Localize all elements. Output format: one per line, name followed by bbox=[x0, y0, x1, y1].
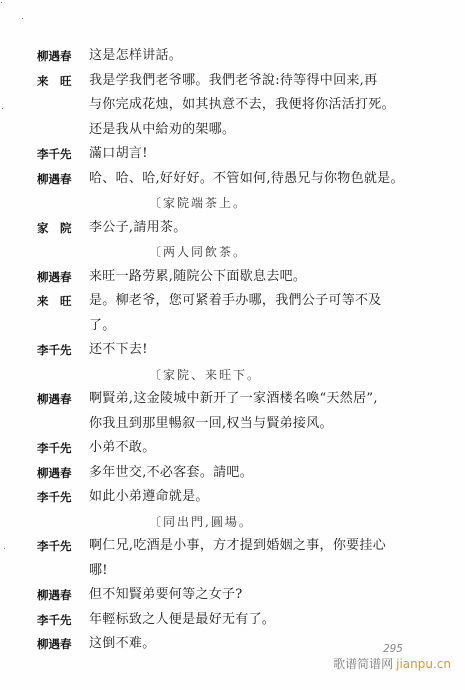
dialogue-line: 柳遇春 哈、哈、哈,好好好。不管如何,待愚兄与你物色就是。 bbox=[37, 167, 447, 192]
stage-direction: 〔家院、来旺下。 bbox=[37, 363, 447, 388]
speaker-name: 柳遇春 bbox=[37, 167, 89, 192]
speech-text: 如此小弟遵命就是。 bbox=[89, 485, 447, 510]
dialogue-line: 来 旺 我是学我們老爷哪。我們老爷說:待等得中回来,再 bbox=[37, 69, 447, 94]
speaker-name: 柳遇春 bbox=[37, 265, 89, 290]
speaker-name: 柳遇春 bbox=[37, 387, 89, 412]
speech-text: 小弟不敢。 bbox=[89, 436, 447, 461]
speaker-name: 李千先 bbox=[37, 338, 89, 363]
dialogue-line: 李千先 年輕标致之人便是最好无有了。 bbox=[37, 608, 447, 633]
continuation-line: 哪! bbox=[37, 559, 447, 584]
scanned-page: 柳遇春 这是怎样讲話。 来 旺 我是学我們老爷哪。我們老爷說:待等得中回来,再 … bbox=[0, 0, 465, 690]
dialogue-line: 家 院 李公子,請用茶。 bbox=[37, 216, 447, 241]
speaker-name: 李千先 bbox=[37, 436, 89, 461]
speaker-name: 柳遇春 bbox=[37, 632, 89, 657]
dialogue-line: 柳遇春 啊賢弟,这金陵城中新开了一家酒楼名喚“天然居”, bbox=[37, 387, 447, 412]
scan-speck bbox=[2, 108, 3, 109]
speech-text: 是。柳老爷，您可紧着手办哪，我們公子可等不及 bbox=[89, 289, 447, 314]
speaker-name: 家 院 bbox=[37, 216, 89, 241]
speech-text: 了。 bbox=[89, 314, 447, 339]
dialogue-line: 李千先 滿口胡言! bbox=[37, 142, 447, 167]
continuation-line: 还是我从中給劝的架哪。 bbox=[37, 118, 447, 143]
speech-text: 这是怎样讲話。 bbox=[89, 44, 447, 69]
speaker-name: 李千先 bbox=[37, 142, 89, 167]
watermark: 歌谱简谱网jianpu.cn bbox=[271, 653, 451, 672]
speech-text: 哈、哈、哈,好好好。不管如何,待愚兄与你物色就是。 bbox=[89, 167, 447, 192]
speech-text: 与你完成花烛，如其执意不去，我便将你活活打死。 bbox=[89, 93, 447, 118]
scan-speck bbox=[1, 2, 2, 3]
watermark-site-name: 歌谱简谱网 bbox=[333, 657, 393, 671]
stage-direction: 〔家院端茶上。 bbox=[37, 191, 447, 216]
scan-speck bbox=[4, 548, 5, 549]
dialogue-line: 柳遇春 但不知賢弟要何等之女子? bbox=[37, 583, 447, 608]
speech-text: 啊賢弟,这金陵城中新开了一家酒楼名喚“天然居”, bbox=[89, 387, 447, 412]
speech-text: 李公子,請用茶。 bbox=[89, 216, 447, 241]
speaker-name: 柳遇春 bbox=[37, 44, 89, 69]
watermark-domain: jianpu.cn bbox=[396, 657, 451, 671]
speaker-name: 柳遇春 bbox=[37, 461, 89, 486]
speech-text: 但不知賢弟要何等之女子? bbox=[89, 583, 447, 608]
speech-text: 还是我从中給劝的架哪。 bbox=[89, 118, 447, 143]
dialogue-line: 柳遇春 这是怎样讲話。 bbox=[37, 44, 447, 69]
dialogue-line: 来 旺 是。柳老爷，您可紧着手办哪，我們公子可等不及 bbox=[37, 289, 447, 314]
stage-direction: 〔两人同飲茶。 bbox=[37, 240, 447, 265]
speaker-name: 柳遇春 bbox=[37, 583, 89, 608]
speaker-name: 李千先 bbox=[37, 608, 89, 633]
speech-text: 还不下去! bbox=[89, 338, 447, 363]
continuation-line: 与你完成花烛，如其执意不去，我便将你活活打死。 bbox=[37, 93, 447, 118]
speech-text: 你我且到那里暢叙一回,权当与賢弟接风。 bbox=[89, 412, 447, 437]
dialogue-line: 李千先 还不下去! bbox=[37, 338, 447, 363]
continuation-line: 了。 bbox=[37, 314, 447, 339]
stage-direction: 〔同出門,圓場。 bbox=[37, 510, 447, 535]
speaker-name: 来 旺 bbox=[37, 69, 89, 94]
speech-text: 我是学我們老爷哪。我們老爷說:待等得中回来,再 bbox=[89, 69, 447, 94]
speech-text: 年輕标致之人便是最好无有了。 bbox=[89, 608, 447, 633]
speech-text: 滿口胡言! bbox=[89, 142, 447, 167]
script-body: 柳遇春 这是怎样讲話。 来 旺 我是学我們老爷哪。我們老爷說:待等得中回来,再 … bbox=[37, 44, 447, 657]
dialogue-line: 李千先 小弟不敢。 bbox=[37, 436, 447, 461]
continuation-line: 你我且到那里暢叙一回,权当与賢弟接风。 bbox=[37, 412, 447, 437]
dialogue-line: 柳遇春 多年世交,不必客套。請吧。 bbox=[37, 461, 447, 486]
scan-speck bbox=[22, 18, 23, 19]
dialogue-line: 李千先 如此小弟遵命就是。 bbox=[37, 485, 447, 510]
speech-text: 来旺一路劳累,随院公下面歇息去吧。 bbox=[89, 265, 447, 290]
speech-text: 哪! bbox=[89, 559, 447, 584]
dialogue-line: 柳遇春 来旺一路劳累,随院公下面歇息去吧。 bbox=[37, 265, 447, 290]
speech-text: 啊仁兄,吃酒是小事，方才提到婚姻之事，你要挂心 bbox=[89, 534, 447, 559]
speech-text: 多年世交,不必客套。請吧。 bbox=[89, 461, 447, 486]
dialogue-line: 李千先 啊仁兄,吃酒是小事，方才提到婚姻之事，你要挂心 bbox=[37, 534, 447, 559]
speaker-name: 来 旺 bbox=[37, 289, 89, 314]
speaker-name: 李千先 bbox=[37, 485, 89, 510]
speaker-name: 李千先 bbox=[37, 534, 89, 559]
